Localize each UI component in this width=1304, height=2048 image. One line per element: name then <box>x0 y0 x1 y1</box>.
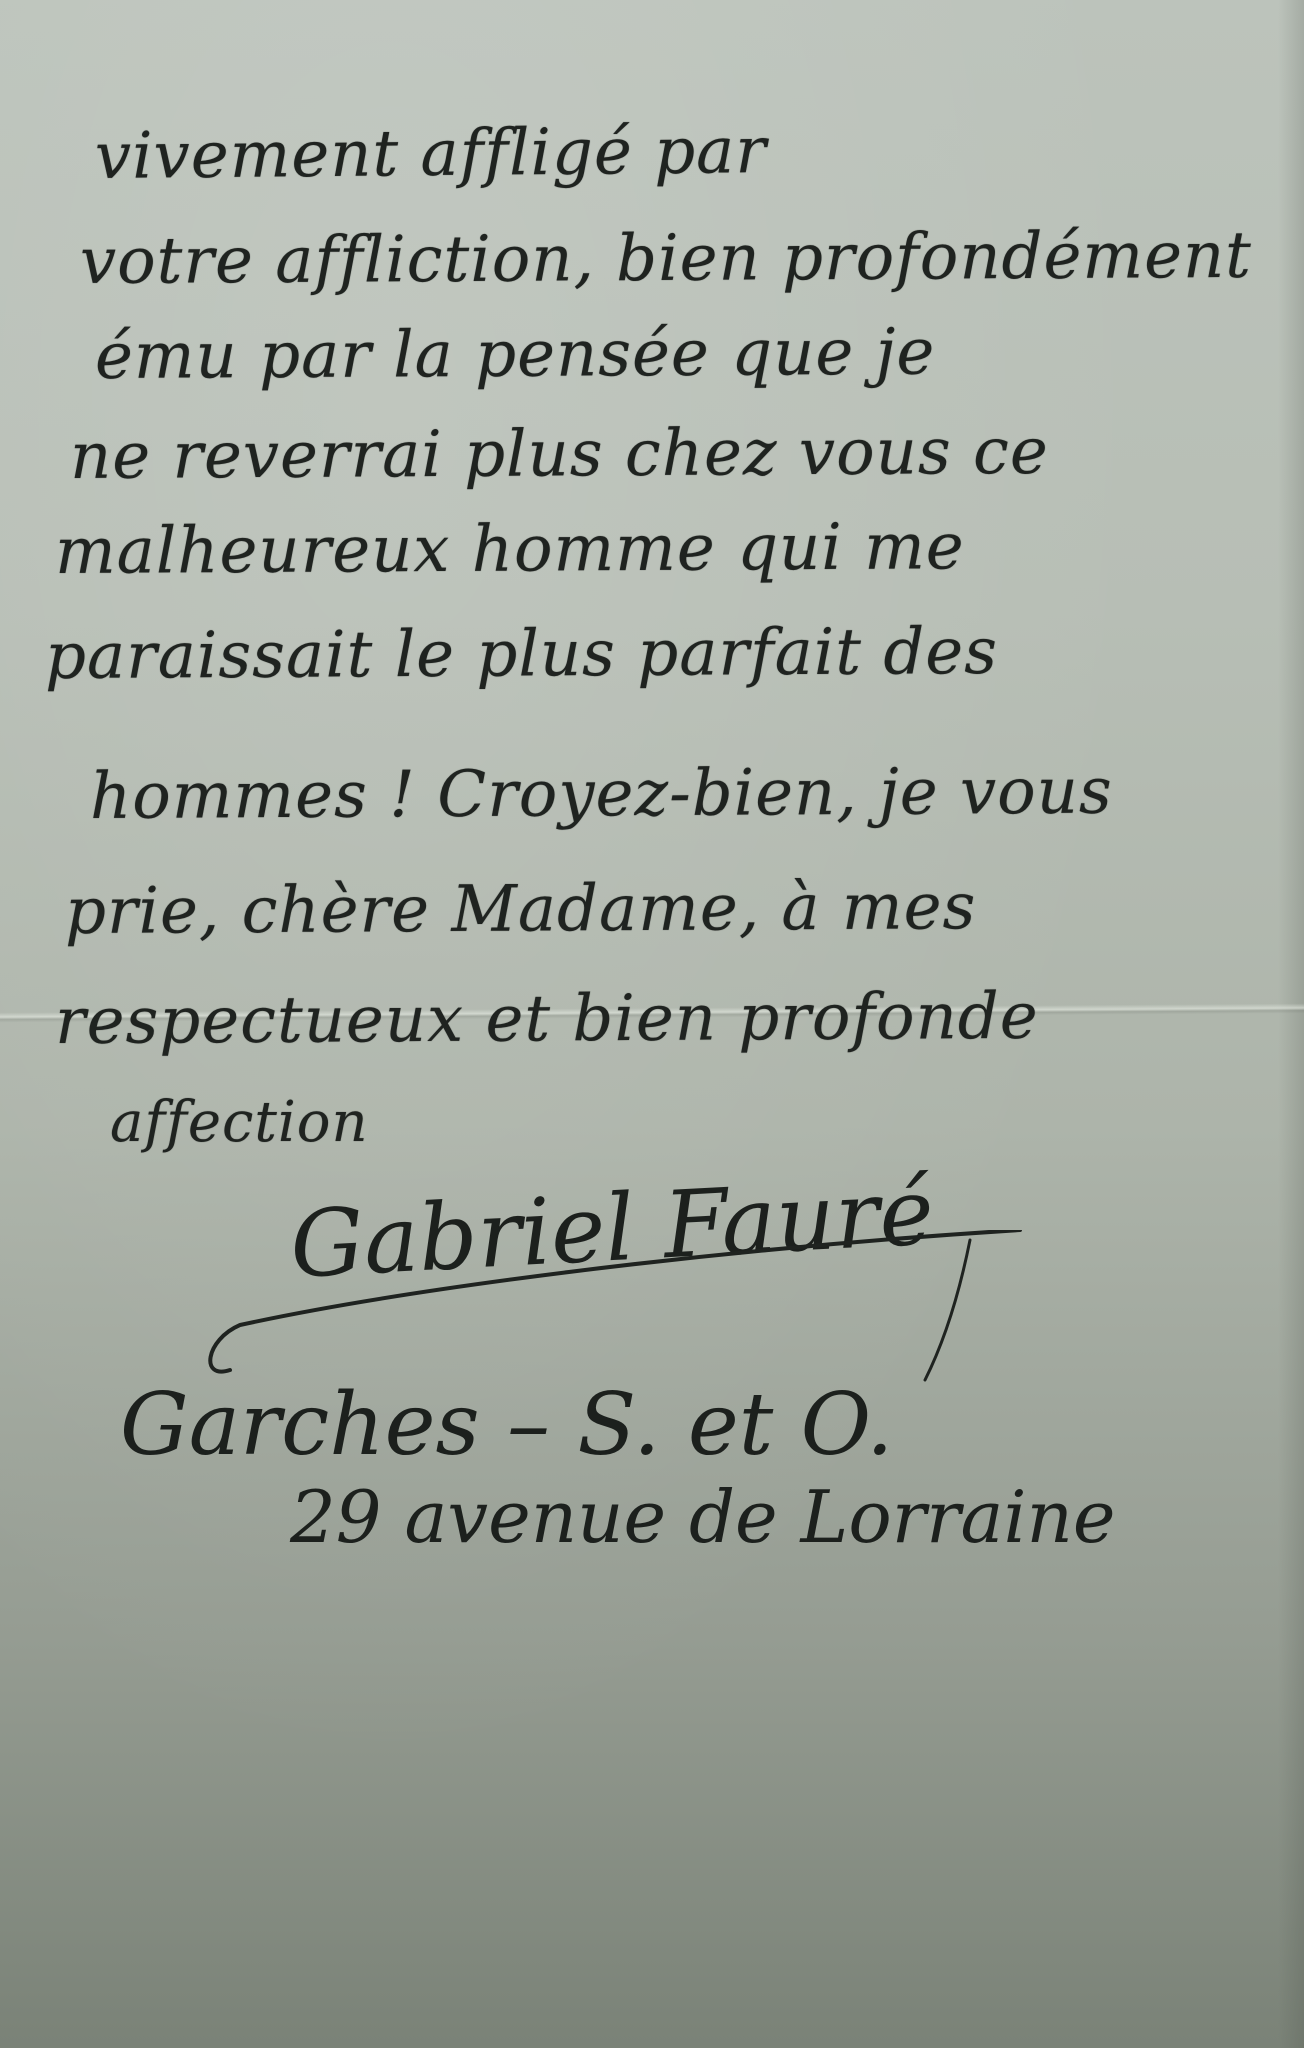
letter-line-9: respectueux et bien profonde <box>55 980 1039 1059</box>
paper-edge-shadow <box>1278 0 1304 2048</box>
letter-line-2: votre affliction, bien profondément <box>80 219 1252 299</box>
letter-line-4: ne reverrai plus chez vous ce <box>70 415 1049 494</box>
letter-line-7: hommes ! Croyez-bien, je vous <box>90 755 1113 834</box>
place-line: Garches – S. et O. <box>120 1375 893 1475</box>
letter-page: vivement affligé par votre affliction, b… <box>0 0 1304 2048</box>
letter-line-10: affection <box>110 1090 369 1155</box>
letter-line-8: prie, chère Madame, à mes <box>65 870 977 949</box>
letter-line-1: vivement affligé par <box>95 114 767 194</box>
address-line: 29 avenue de Lorraine <box>290 1475 1115 1559</box>
letter-line-6: paraissait le plus parfait des <box>45 615 998 694</box>
letter-line-3: ému par la pensée que je <box>95 316 936 394</box>
signature-flourish <box>200 1230 1060 1390</box>
letter-line-5: malheureux homme qui me <box>55 510 965 589</box>
